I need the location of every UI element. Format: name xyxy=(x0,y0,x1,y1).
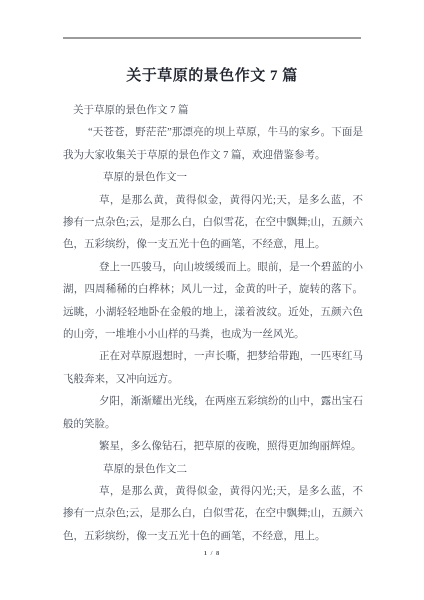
essay-2-paragraph-1: 草，是那么黄，黄得似金，黄得闪光;天，是多么蓝，不掺有一点杂色;云，是那么白，白… xyxy=(63,481,363,548)
essay-1-paragraph-5: 繁星，多么像钻石，把草原的夜晚，照得更加绚丽辉煌。 xyxy=(63,436,363,458)
essay-1-paragraph-3: 正在对草原遐想时，一声长嘶，把梦给带跑，一匹枣红马飞般奔来，又冲向远方。 xyxy=(63,346,363,391)
document-body: 关于草原的景色作文 7 篇 “天苍苍，野茫茫”那漂亮的坝上草原，牛马的家乡。下面… xyxy=(63,100,363,548)
section-heading-essay-2: 草原的景色作文二 xyxy=(63,459,363,481)
section-heading-essay-1: 草原的景色作文一 xyxy=(63,167,363,189)
intro-paragraph: “天苍苍，野茫茫”那漂亮的坝上草原，牛马的家乡。下面是我为大家收集关于草原的景色… xyxy=(63,122,363,167)
essay-1-paragraph-1: 草，是那么黄，黄得似金，黄得闪光;天，是多么蓝，不掺有一点杂色;云，是那么白，白… xyxy=(63,190,363,257)
header-divider xyxy=(63,37,361,39)
essay-1-paragraph-2: 登上一匹骏马，向山坡缓缓而上。眼前，是一个碧蓝的小湖，四周稀稀的白桦林；风儿一过… xyxy=(63,257,363,347)
document-title: 关于草原的景色作文 7 篇 xyxy=(0,64,424,88)
document-page: 关于草原的景色作文 7 篇 关于草原的景色作文 7 篇 “天苍苍，野茫茫”那漂亮… xyxy=(0,0,424,600)
page-number-indicator: 1 / 8 xyxy=(0,549,424,559)
document-subtitle: 关于草原的景色作文 7 篇 xyxy=(63,100,363,122)
essay-1-paragraph-4: 夕阳，渐渐耀出光线，在两座五彩缤纷的山中，露出宝石般的笑脸。 xyxy=(63,391,363,436)
